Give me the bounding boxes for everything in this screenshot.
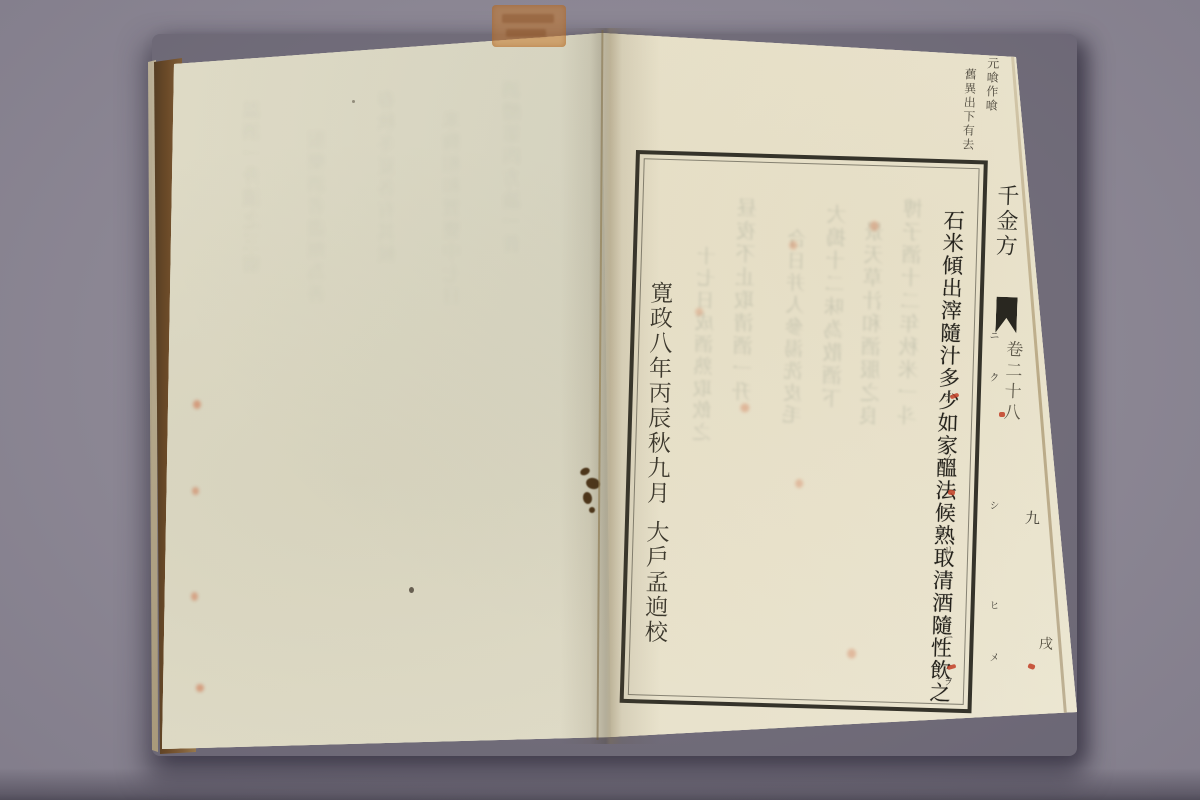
head-annotation-left-column: 舊異出下有去 <box>960 68 980 153</box>
orange-label-sticker <box>492 5 566 47</box>
kunten-mark: リ <box>941 545 951 555</box>
sticker-faded-text <box>502 14 554 23</box>
vermilion-mark <box>1027 663 1035 670</box>
red-showthrough-spot <box>191 592 198 601</box>
red-showthrough-spot <box>192 487 199 495</box>
kunten-mark: ヒ <box>987 600 997 610</box>
showthrough-column: 服藥酒者盡劑為善 <box>305 130 332 306</box>
printed-text-frame: 博子酒十二年秋米一斗景天草汁和酒服之良大搗十二味為散酒下合日并人參湯洗皮毛昼夜不… <box>620 150 988 713</box>
showthrough-column: 米麴相和置甕中七日 <box>440 110 467 308</box>
kunten-mark: ニ <box>941 630 951 640</box>
showthrough-column: 景天草汁和酒服之良 <box>856 221 891 429</box>
centerfold-folio-number: 九 <box>1021 509 1043 525</box>
fishtail-printers-mark <box>995 297 1017 334</box>
sticker-faded-text <box>506 29 546 37</box>
vermilion-mark <box>948 489 956 495</box>
showthrough-column: 昼夜不止取清酒一升 <box>729 197 764 405</box>
paper-speck <box>409 587 414 593</box>
centerfold-sheet-mark: 戌 <box>1034 635 1055 650</box>
showthrough-column: 酒醴第四方論一首 <box>500 80 527 256</box>
head-annotation-right-column: 元喰作喰 <box>983 57 1002 114</box>
book-gutter-shadow <box>560 28 660 744</box>
kunten-mark: シ <box>987 500 997 510</box>
centerfold-book-title: 千金方 <box>990 183 1024 259</box>
kunten-mark: ノ <box>941 452 951 462</box>
paper-speck <box>352 100 355 103</box>
kunten-mark: ク <box>987 372 997 382</box>
centerfold-chapter-number: 卷二十八 <box>997 339 1026 424</box>
red-showthrough-spot <box>193 400 201 409</box>
kunten-mark: ヲ <box>941 676 951 686</box>
showthrough-column: 大搗十二味為散酒下 <box>818 204 853 412</box>
showthrough-column: 温酒一升漬之三宿 <box>240 100 267 276</box>
kunten-mark: メ <box>987 652 997 662</box>
photo-of-open-book: 酒醴第四方論一首米麴相和置甕中七日春秋冬夏各有其候服藥酒者盡劑為善温酒一升漬之三… <box>0 0 1200 800</box>
showthrough-column: 春秋冬夏各有其候 <box>375 90 402 266</box>
red-showthrough-spot <box>196 684 204 692</box>
kunten-mark: ヲ <box>941 300 951 310</box>
